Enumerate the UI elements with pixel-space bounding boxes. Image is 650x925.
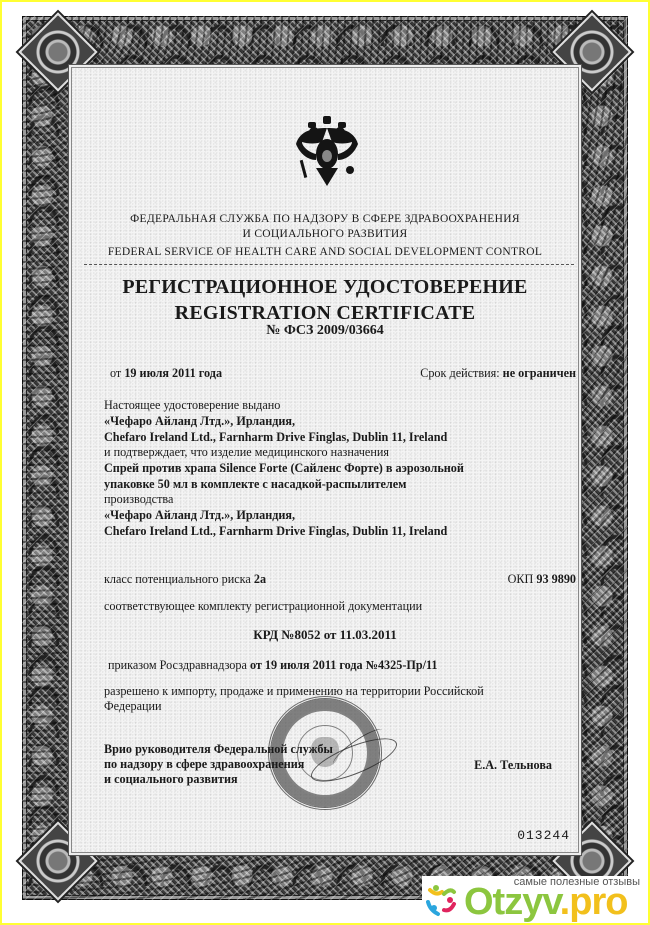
agency-name-ru-line2: И СОЦИАЛЬНОГО РАЗВИТИЯ [72,227,578,242]
header-divider [84,264,574,265]
documentation-text: соответствующее комплекту регистрационно… [104,599,422,614]
signatory-line1: Врио руководителя Федеральной службы [104,742,333,757]
krd-reference: КРД №8052 от 11.03.2011 [72,627,578,643]
order-reference: приказом Росздравнадзора от 19 июля 2011… [108,658,438,673]
confirms-text: и подтверждает, что изделие медицинского… [104,445,389,460]
order-prefix: приказом Росздравнадзора [108,658,247,672]
permission-line1: разрешено к импорту, продаже и применени… [104,684,484,699]
watermark-brand: Otzyv.pro [464,882,627,922]
watermark-brand-tld: .pro [560,881,628,923]
validity-label: Срок действия: [420,366,499,380]
risk-class-value: 2а [254,572,266,586]
order-value: от 19 июля 2011 года №4325-Пр/11 [250,658,438,672]
signatory-line3: и социального развития [104,772,238,787]
holder-en: Chefaro Ireland Ltd., Farnharm Drive Fin… [104,430,447,445]
permission-line2: Федерации [104,699,162,714]
certificate-number: № ФСЗ 2009/03664 [72,323,578,339]
agency-name-ru: ФЕДЕРАЛЬНАЯ СЛУЖБА ПО НАДЗОРУ В СФЕРЕ ЗД… [72,212,578,242]
product-line2: упаковке 50 мл в комплекте с насадкой-ра… [104,477,406,492]
watermark: самые полезные отзывы Otzyv.pro [422,876,648,923]
validity: Срок действия: не ограничен [420,366,576,381]
serial-number: 013244 [517,828,570,843]
issue-date: от 19 июля 2011 года [110,366,222,381]
otzyv-logo-icon [426,884,458,918]
holder-ru: «Чефаро Айланд Лтд.», Ирландия, [104,414,295,429]
okp-value: 93 9890 [536,572,576,586]
issue-date-value: 19 июля 2011 года [124,366,222,380]
watermark-brand-main: Otzyv [464,881,560,923]
manufacturer-ru: «Чефаро Айланд Лтд.», Ирландия, [104,508,295,523]
signatory-name: Е.А. Тельнова [474,758,552,773]
title-ru: РЕГИСТРАЦИОННОЕ УДОСТОВЕРЕНИЕ [72,276,578,299]
agency-name-ru-line1: ФЕДЕРАЛЬНАЯ СЛУЖБА ПО НАДЗОРУ В СФЕРЕ ЗД… [72,212,578,227]
agency-name-en: FEDERAL SERVICE OF HEALTH CARE AND SOCIA… [72,246,578,258]
risk-class: класс потенциального риска 2а [104,572,266,587]
risk-class-label: класс потенциального риска [104,572,251,586]
issued-label: Настоящее удостоверение выдано [104,398,280,413]
certificate-panel: ФЕДЕРАЛЬНАЯ СЛУЖБА ПО НАДЗОРУ В СФЕРЕ ЗД… [72,68,578,852]
signatory-line2: по надзору в сфере здравоохранения [104,757,304,772]
validity-value: не ограничен [503,366,576,380]
okp-label: ОКП [508,572,534,586]
coat-of-arms-icon [294,114,360,190]
title-en: REGISTRATION CERTIFICATE [72,302,578,325]
manufacturer-en: Chefaro Ireland Ltd., Farnharm Drive Fin… [104,524,447,539]
issue-date-prefix: от [110,366,121,380]
manufacturer-label: производства [104,492,173,507]
product-line1: Спрей против храпа Silence Forte (Сайлен… [104,461,464,476]
okp-code: ОКП 93 9890 [508,572,576,587]
